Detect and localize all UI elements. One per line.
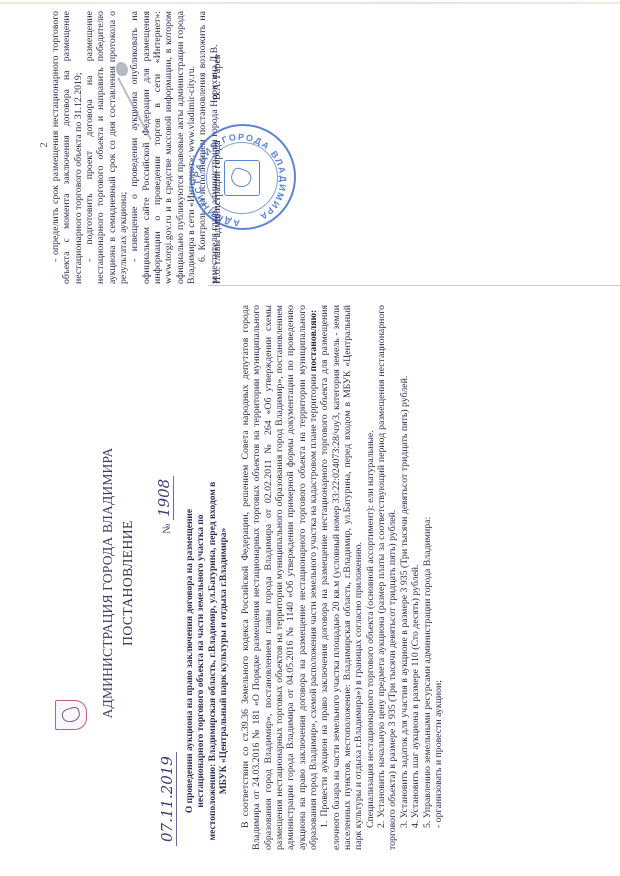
document-number-label: № bbox=[161, 524, 173, 535]
item-3-paragraph: 3. Установить задаток для участия в аукц… bbox=[399, 305, 410, 850]
page-2: 2 - определить срок размещения нестацион… bbox=[0, 0, 620, 290]
signature-mark bbox=[116, 62, 128, 76]
document-date: 07.11.2019 bbox=[158, 752, 177, 846]
item-4-paragraph: 4. Установить шаг аукциона в размере 110… bbox=[410, 305, 421, 850]
item-2-paragraph: 2. Установить начальную цену предмета ау… bbox=[376, 305, 399, 850]
page-1: АДМИНИСТРАЦИЯ ГОРОДА ВЛАДИМИРА ПОСТАНОВЛ… bbox=[0, 290, 620, 876]
item-1-paragraph: 1. Провести аукцион на право заключения … bbox=[319, 305, 364, 850]
page-number: 2 bbox=[38, 0, 50, 290]
scan-edge bbox=[0, 2, 620, 4]
preamble-paragraph: В соответствии со ст.39.36 Земельного ко… bbox=[240, 305, 319, 850]
stamp-emblem-icon bbox=[224, 160, 260, 196]
scanned-document-rotated: АДМИНИСТРАЦИЯ ГОРОДА ВЛАДИМИРА ПОСТАНОВЛ… bbox=[0, 0, 620, 876]
subitem-notice: - извещение о проведении аукциона опубли… bbox=[129, 11, 197, 284]
page-divider bbox=[208, 285, 620, 286]
subitem-contract: - подготовить проект договора на размеще… bbox=[84, 11, 129, 284]
org-title: АДМИНИСТРАЦИЯ ГОРОДА ВЛАДИМИРА bbox=[100, 290, 116, 876]
document-type: ПОСТАНОВЛЕНИЕ bbox=[120, 290, 136, 876]
signer-name: В.А. Гарев bbox=[212, 54, 223, 100]
specialization-paragraph: Специализация нестационарного торгового … bbox=[365, 305, 376, 850]
document-number: 1908 bbox=[155, 476, 174, 520]
item-5-subitem: - организовать и провести аукцион; bbox=[433, 305, 444, 850]
page-1-body: В соответствии со ст.39.36 Земельного ко… bbox=[240, 305, 444, 850]
document-subject: О проведении аукциона на право заключени… bbox=[185, 476, 231, 846]
subitem-term: - определить срок размещения нестационар… bbox=[50, 11, 84, 284]
official-stamp: АДМИНИСТРАЦИЯ ГОРОДА ВЛАДИМИРА bbox=[190, 124, 296, 230]
decree-word: постановляю: bbox=[308, 310, 319, 372]
signer-title: И.о. главы администрации города bbox=[212, 140, 223, 284]
city-coat-of-arms-icon bbox=[55, 700, 87, 730]
item-5-paragraph: 5. Управлению земельными ресурсами админ… bbox=[422, 305, 433, 850]
